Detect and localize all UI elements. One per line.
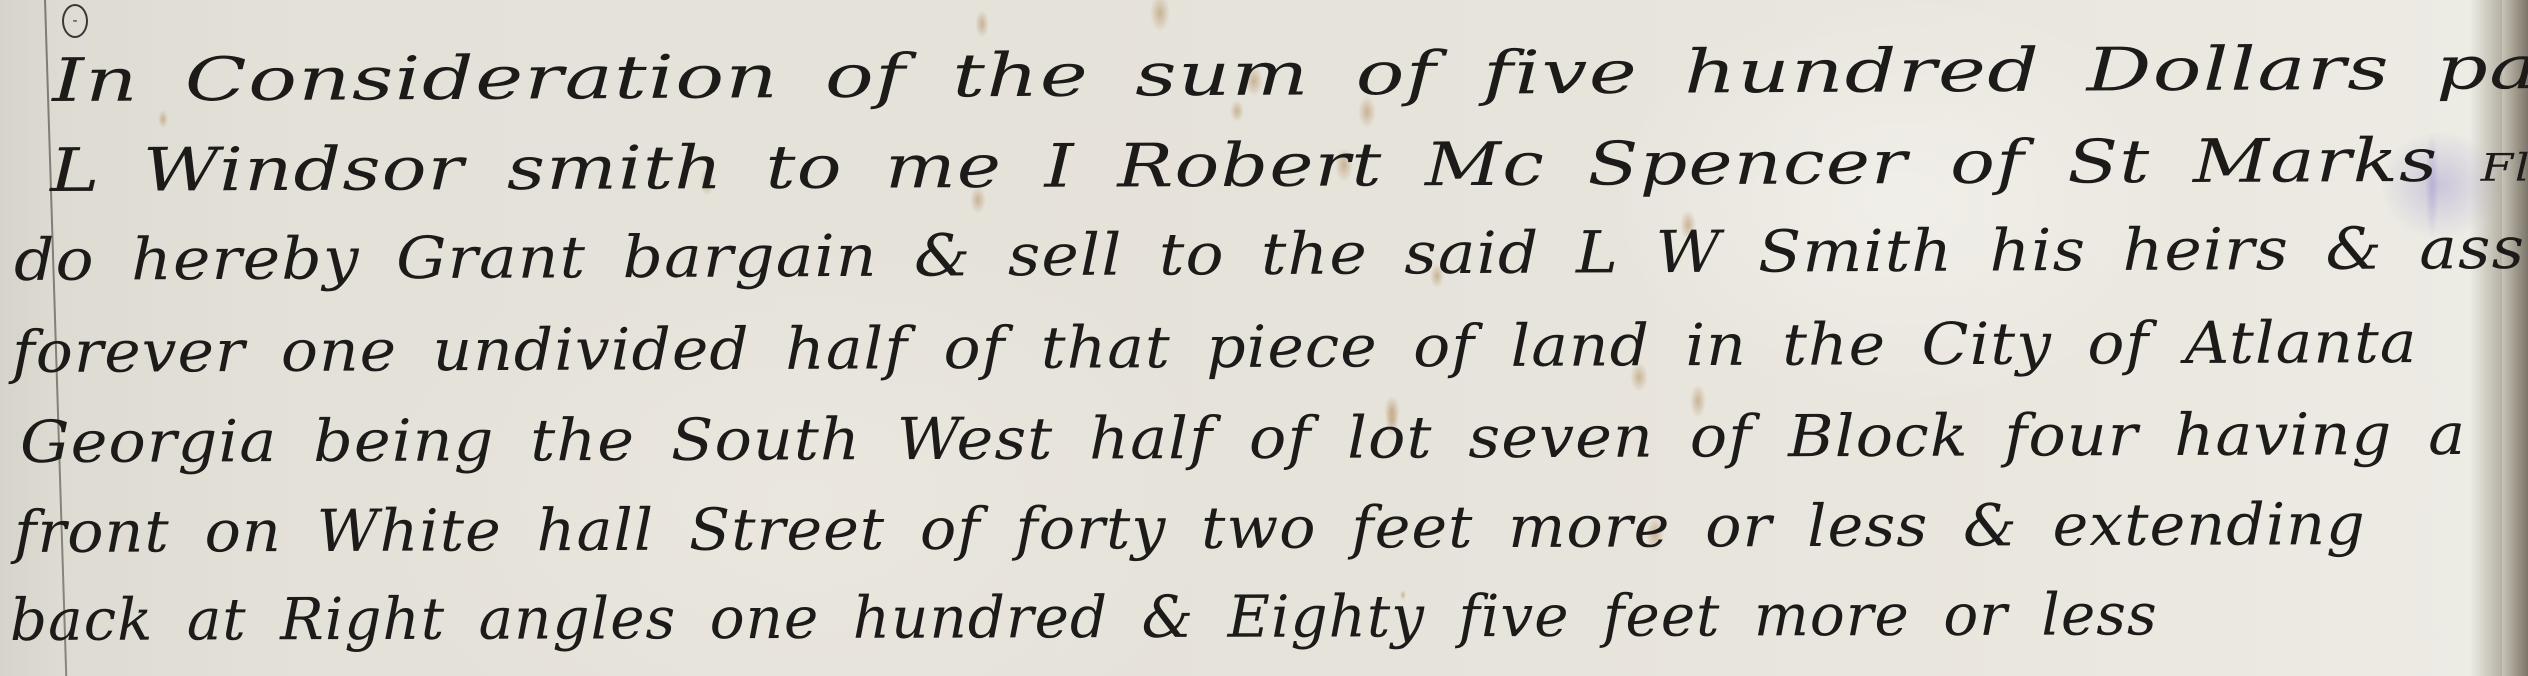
deed-page: - In Consideration of the sum of five hu… bbox=[0, 0, 2528, 676]
deed-line-5: Georgia being the South West half of lot… bbox=[20, 400, 2466, 476]
deed-line-4-text: forever one undivided half of that piece… bbox=[12, 308, 2418, 386]
deed-line-7: back at Right angles one hundred & Eight… bbox=[10, 580, 2158, 654]
deed-line-1-text: In Consideration of the sum of five hund… bbox=[52, 32, 2528, 116]
deed-line-1: In Consideration of the sum of five hund… bbox=[52, 32, 2528, 116]
deed-line-5-text: Georgia being the South West half of lot… bbox=[20, 400, 2466, 476]
deed-line-2-text: L Windsor smith to me I Robert Mc Spence… bbox=[50, 126, 2439, 206]
deed-line-4: forever one undivided half of that piece… bbox=[12, 308, 2418, 386]
deed-text-body: In Consideration of the sum of five hund… bbox=[0, 0, 2528, 676]
deed-line-6: front on White hall Street of forty two … bbox=[14, 490, 2366, 566]
deed-line-6-text: front on White hall Street of forty two … bbox=[14, 490, 2366, 566]
deed-line-7-text: back at Right angles one hundred & Eight… bbox=[10, 580, 2158, 654]
deed-line-2-tail: Florida bbox=[2481, 145, 2528, 190]
deed-line-3-text: do hereby Grant bargain & sell to the sa… bbox=[14, 213, 2528, 294]
deed-line-3: do hereby Grant bargain & sell to the sa… bbox=[14, 213, 2528, 294]
deed-line-2: L Windsor smith to me I Robert Mc Spence… bbox=[50, 125, 2528, 206]
